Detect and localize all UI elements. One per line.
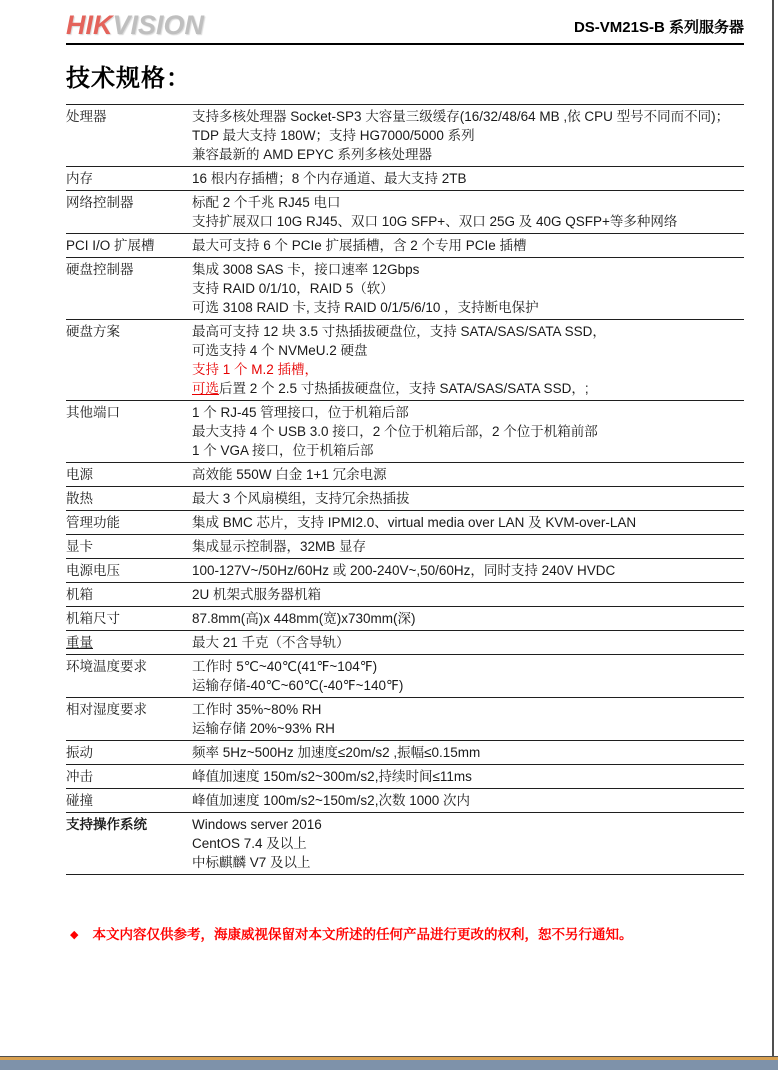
spec-value-line: 最大 3 个风扇模组，支持冗余热插拔 <box>192 489 744 508</box>
spec-value-line: 最大 21 千克（不含导轨） <box>192 633 744 652</box>
document-page: HIKVISION DS-VM21S-B 系列服务器 技术规格： 处理器支持多核… <box>0 0 778 1070</box>
spec-value-line: 兼容最新的 AMD EPYC 系列多核处理器 <box>192 145 744 164</box>
spec-value-line: 运输存储 20%~93% RH <box>192 719 744 738</box>
spec-value: 100-127V~/50Hz/60Hz 或 200-240V~,50/60Hz，… <box>192 559 744 583</box>
spec-table-body: 处理器支持多核处理器 Socket-SP3 大容量三级缓存(16/32/48/6… <box>66 105 744 875</box>
spec-value-line: 集成 BMC 芯片，支持 IPMI2.0、virtual media over … <box>192 513 744 532</box>
page-header: HIKVISION DS-VM21S-B 系列服务器 <box>66 0 744 45</box>
spec-value-line: CentOS 7.4 及以上 <box>192 834 744 853</box>
spec-value: 最大可支持 6 个 PCIe 扩展插槽，含 2 个专用 PCIe 插槽 <box>192 234 744 258</box>
spec-value: 最大 3 个风扇模组，支持冗余热插拔 <box>192 487 744 511</box>
spec-value-line: 支持 RAID 0/1/10，RAID 5（软） <box>192 279 744 298</box>
spec-value-line: 16 根内存插槽；8 个内存通道、最大支持 2TB <box>192 169 744 188</box>
hikvision-logo: HIKVISION <box>66 12 204 39</box>
spec-label: 电源 <box>66 463 192 487</box>
spec-value: 1 个 RJ-45 管理接口，位于机箱后部最大支持 4 个 USB 3.0 接口… <box>192 401 744 463</box>
spec-value-line: 87.8mm(高)x 448mm(宽)x730mm(深) <box>192 609 744 628</box>
spec-value-line: 支持扩展双口 10G RJ45、双口 10G SFP+、双口 25G 及 40G… <box>192 212 744 231</box>
spec-value: 高效能 550W 白金 1+1 冗余电源 <box>192 463 744 487</box>
spec-row: 重量最大 21 千克（不含导轨） <box>66 631 744 655</box>
spec-value-line: 1 个 RJ-45 管理接口，位于机箱后部 <box>192 403 744 422</box>
spec-label: 网络控制器 <box>66 191 192 234</box>
spec-label: 处理器 <box>66 105 192 167</box>
spec-row: 机箱尺寸87.8mm(高)x 448mm(宽)x730mm(深) <box>66 607 744 631</box>
spec-value-line: 支持多核处理器 Socket-SP3 大容量三级缓存(16/32/48/64 M… <box>192 107 744 126</box>
spec-value: 集成显示控制器，32MB 显存 <box>192 535 744 559</box>
spec-value: 16 根内存插槽；8 个内存通道、最大支持 2TB <box>192 167 744 191</box>
footnote-text: 本文内容仅供参考，海康威视保留对本文所述的任何产品进行更改的权利，恕不另行通知。 <box>92 926 632 944</box>
page-content: HIKVISION DS-VM21S-B 系列服务器 技术规格： 处理器支持多核… <box>66 0 744 944</box>
spec-value: 2U 机架式服务器机箱 <box>192 583 744 607</box>
spec-row: 碰撞峰值加速度 100m/s2~150m/s2,次数 1000 次内 <box>66 789 744 813</box>
page-bottom-edge <box>0 1056 778 1070</box>
spec-row: 其他端口1 个 RJ-45 管理接口，位于机箱后部最大支持 4 个 USB 3.… <box>66 401 744 463</box>
spec-value-line: 高效能 550W 白金 1+1 冗余电源 <box>192 465 744 484</box>
spec-value-line: 峰值加速度 150m/s2~300m/s2,持续时间≤11ms <box>192 767 744 786</box>
spec-value-line: 中标麒麟 V7 及以上 <box>192 853 744 872</box>
spec-value-line: 最大支持 4 个 USB 3.0 接口，2 个位于机箱后部，2 个位于机箱前部 <box>192 422 744 441</box>
spec-label: 振动 <box>66 741 192 765</box>
page-right-edge <box>772 0 774 1056</box>
spec-row: 网络控制器标配 2 个千兆 RJ45 电口支持扩展双口 10G RJ45、双口 … <box>66 191 744 234</box>
spec-label: 内存 <box>66 167 192 191</box>
spec-label: 散热 <box>66 487 192 511</box>
spec-table: 处理器支持多核处理器 Socket-SP3 大容量三级缓存(16/32/48/6… <box>66 104 744 875</box>
spec-value: 最高可支持 12 块 3.5 寸热插拔硬盘位，支持 SATA/SAS/SATA … <box>192 320 744 401</box>
bottom-edge-blue-band <box>0 1060 778 1070</box>
spec-label: 管理功能 <box>66 511 192 535</box>
spec-value-line: 最大可支持 6 个 PCIe 扩展插槽，含 2 个专用 PCIe 插槽 <box>192 236 744 255</box>
spec-row: 环境温度要求工作时 5℃~40℃(41℉~104℉)运输存储-40℃~60℃(-… <box>66 655 744 698</box>
spec-row: 处理器支持多核处理器 Socket-SP3 大容量三级缓存(16/32/48/6… <box>66 105 744 167</box>
spec-value: 集成 BMC 芯片，支持 IPMI2.0、virtual media over … <box>192 511 744 535</box>
spec-label: 电源电压 <box>66 559 192 583</box>
spec-value: Windows server 2016CentOS 7.4 及以上中标麒麟 V7… <box>192 813 744 875</box>
spec-label: 重量 <box>66 631 192 655</box>
spec-label: 碰撞 <box>66 789 192 813</box>
spec-value-line: 可选后置 2 个 2.5 寸热插拔硬盘位，支持 SATA/SAS/SATA SS… <box>192 379 744 398</box>
logo-part-vision: VISION <box>113 10 205 40</box>
spec-value-line: Windows server 2016 <box>192 815 744 834</box>
diamond-bullet-icon: ◆ <box>70 926 78 944</box>
spec-label: 环境温度要求 <box>66 655 192 698</box>
spec-value: 集成 3008 SAS 卡，接口速率 12Gbps支持 RAID 0/1/10，… <box>192 258 744 320</box>
spec-value-line: 2U 机架式服务器机箱 <box>192 585 744 604</box>
spec-label: 显卡 <box>66 535 192 559</box>
spec-row: 相对湿度要求工作时 35%~80% RH运输存储 20%~93% RH <box>66 698 744 741</box>
spec-row: 机箱2U 机架式服务器机箱 <box>66 583 744 607</box>
spec-value-line: 集成 3008 SAS 卡，接口速率 12Gbps <box>192 260 744 279</box>
spec-value: 频率 5Hz~500Hz 加速度≤20m/s2 ,振幅≤0.15mm <box>192 741 744 765</box>
spec-value-line: 可选支持 4 个 NVMeU.2 硬盘 <box>192 341 744 360</box>
spec-row: 支持操作系统Windows server 2016CentOS 7.4 及以上中… <box>66 813 744 875</box>
spec-label: PCI I/O 扩展槽 <box>66 234 192 258</box>
spec-value-line: 标配 2 个千兆 RJ45 电口 <box>192 193 744 212</box>
spec-value-line: 集成显示控制器，32MB 显存 <box>192 537 744 556</box>
spec-label: 硬盘控制器 <box>66 258 192 320</box>
spec-row: 硬盘控制器集成 3008 SAS 卡，接口速率 12Gbps支持 RAID 0/… <box>66 258 744 320</box>
section-title: 技术规格： <box>66 58 744 93</box>
spec-value: 峰值加速度 100m/s2~150m/s2,次数 1000 次内 <box>192 789 744 813</box>
spec-row: 电源高效能 550W 白金 1+1 冗余电源 <box>66 463 744 487</box>
spec-value-line: 1 个 VGA 接口，位于机箱后部 <box>192 441 744 460</box>
spec-value: 支持多核处理器 Socket-SP3 大容量三级缓存(16/32/48/64 M… <box>192 105 744 167</box>
spec-row: PCI I/O 扩展槽最大可支持 6 个 PCIe 扩展插槽，含 2 个专用 P… <box>66 234 744 258</box>
spec-row: 电源电压100-127V~/50Hz/60Hz 或 200-240V~,50/6… <box>66 559 744 583</box>
footnote: ◆ 本文内容仅供参考，海康威视保留对本文所述的任何产品进行更改的权利，恕不另行通… <box>66 926 744 944</box>
spec-value: 标配 2 个千兆 RJ45 电口支持扩展双口 10G RJ45、双口 10G S… <box>192 191 744 234</box>
spec-label: 相对湿度要求 <box>66 698 192 741</box>
spec-row: 振动频率 5Hz~500Hz 加速度≤20m/s2 ,振幅≤0.15mm <box>66 741 744 765</box>
spec-label: 其他端口 <box>66 401 192 463</box>
spec-row: 内存16 根内存插槽；8 个内存通道、最大支持 2TB <box>66 167 744 191</box>
spec-value-line: TDP 最大支持 180W；支持 HG7000/5000 系列 <box>192 126 744 145</box>
logo-part-hik: HIK <box>66 10 113 40</box>
spec-value-line: 运输存储-40℃~60℃(-40℉~140℉) <box>192 676 744 695</box>
spec-row: 散热最大 3 个风扇模组，支持冗余热插拔 <box>66 487 744 511</box>
spec-row: 冲击峰值加速度 150m/s2~300m/s2,持续时间≤11ms <box>66 765 744 789</box>
spec-value-line: 工作时 35%~80% RH <box>192 700 744 719</box>
spec-row: 硬盘方案最高可支持 12 块 3.5 寸热插拔硬盘位，支持 SATA/SAS/S… <box>66 320 744 401</box>
spec-label: 机箱 <box>66 583 192 607</box>
spec-label: 支持操作系统 <box>66 813 192 875</box>
spec-label: 冲击 <box>66 765 192 789</box>
spec-value-line: 100-127V~/50Hz/60Hz 或 200-240V~,50/60Hz，… <box>192 561 744 580</box>
spec-row: 显卡集成显示控制器，32MB 显存 <box>66 535 744 559</box>
spec-value-line: 支持 1 个 M.2 插槽， <box>192 360 744 379</box>
spec-row: 管理功能集成 BMC 芯片，支持 IPMI2.0、virtual media o… <box>66 511 744 535</box>
spec-value: 最大 21 千克（不含导轨） <box>192 631 744 655</box>
spec-label: 硬盘方案 <box>66 320 192 401</box>
spec-value: 87.8mm(高)x 448mm(宽)x730mm(深) <box>192 607 744 631</box>
spec-value-line: 频率 5Hz~500Hz 加速度≤20m/s2 ,振幅≤0.15mm <box>192 743 744 762</box>
spec-value-line: 最高可支持 12 块 3.5 寸热插拔硬盘位，支持 SATA/SAS/SATA … <box>192 322 744 341</box>
spec-label: 机箱尺寸 <box>66 607 192 631</box>
spec-value-line: 峰值加速度 100m/s2~150m/s2,次数 1000 次内 <box>192 791 744 810</box>
spec-value: 峰值加速度 150m/s2~300m/s2,持续时间≤11ms <box>192 765 744 789</box>
spec-value-line: 可选 3108 RAID 卡, 支持 RAID 0/1/5/6/10 ，支持断电… <box>192 298 744 317</box>
spec-value: 工作时 5℃~40℃(41℉~104℉)运输存储-40℃~60℃(-40℉~14… <box>192 655 744 698</box>
spec-value-line: 工作时 5℃~40℃(41℉~104℉) <box>192 657 744 676</box>
document-title: DS-VM21S-B 系列服务器 <box>574 16 744 39</box>
spec-value: 工作时 35%~80% RH运输存储 20%~93% RH <box>192 698 744 741</box>
